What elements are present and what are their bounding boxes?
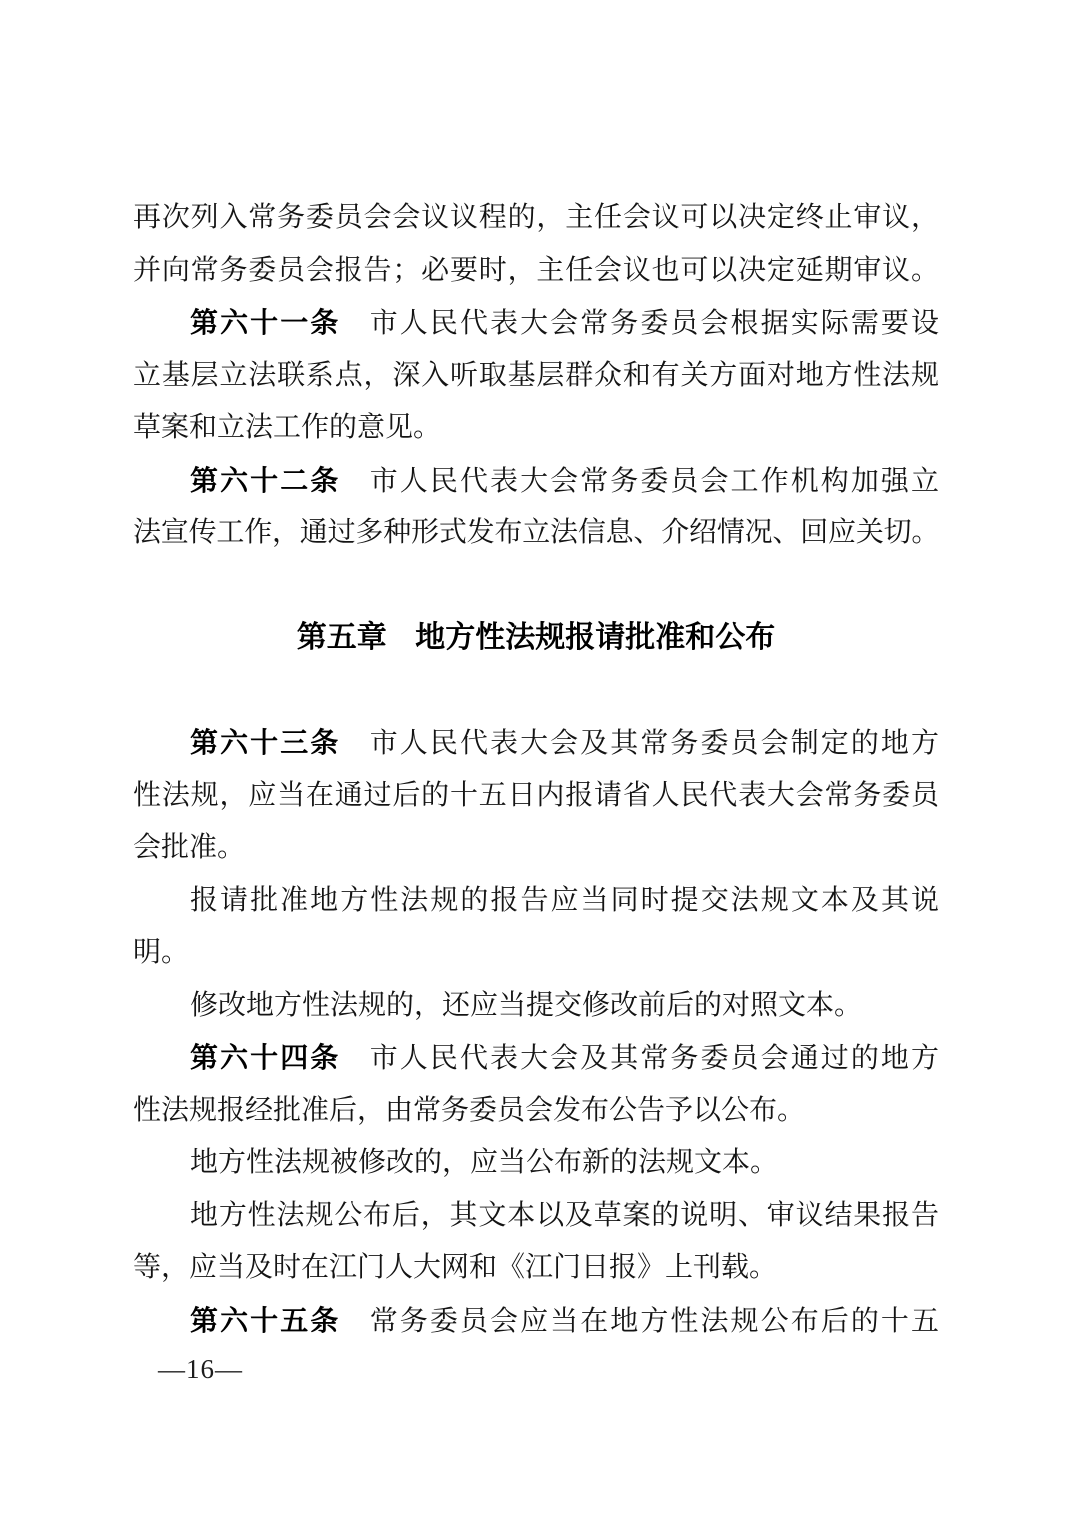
blank-line (133, 560, 939, 613)
text-line: 性法规，应当在通过后的十五日内报请省人民代表大会常务委员 (133, 770, 939, 823)
text-line: 立基层立法联系点，深入听取基层群众和有关方面对地方性法规 (133, 350, 939, 403)
text-line: 会批准。 (133, 822, 939, 875)
article-line: 第六十一条市人民代表大会常务委员会根据实际需要设 (133, 297, 939, 350)
text-line: 地方性法规公布后，其文本以及草案的说明、审议结果报告 (133, 1190, 939, 1243)
text-line: 地方性法规被修改的，应当公布新的法规文本。 (133, 1137, 939, 1190)
line-text: 市人民代表大会及其常务委员会通过的地方 (370, 1043, 939, 1074)
article-number: 第六十三条 (190, 727, 340, 758)
article-number: 第六十二条 (190, 465, 340, 496)
article-line: 第六十四条市人民代表大会及其常务委员会通过的地方 (133, 1032, 939, 1085)
text-line: 法宣传工作，通过多种形式发布立法信息、介绍情况、回应关切。 (133, 507, 939, 560)
text-line: 修改地方性法规的，还应当提交修改前后的对照文本。 (133, 980, 939, 1033)
line-text: 常务委员会应当在地方性法规公布后的十五 (370, 1306, 939, 1337)
article-number: 第六十一条 (190, 307, 340, 338)
chapter-heading: 第五章地方性法规报请批准和公布 (133, 612, 939, 665)
line-text: 市人民代表大会及其常务委员会制定的地方 (370, 728, 939, 759)
page-number: —16— (158, 1352, 243, 1386)
article-number: 第六十五条 (190, 1305, 340, 1336)
article-line: 第六十五条常务委员会应当在地方性法规公布后的十五 (133, 1295, 939, 1348)
article-line: 第六十三条市人民代表大会及其常务委员会制定的地方 (133, 717, 939, 770)
text-line: 报请批准地方性法规的报告应当同时提交法规文本及其说 (133, 875, 939, 928)
text-line: 再次列入常务委员会会议议程的，主任会议可以决定终止审议， (133, 192, 939, 245)
text-block: 再次列入常务委员会会议议程的，主任会议可以决定终止审议， 并向常务委员会报告；必… (133, 192, 939, 1347)
text-line: 明。 (133, 927, 939, 980)
line-text: 市人民代表大会常务委员会工作机构加强立 (370, 466, 939, 497)
blank-line (133, 665, 939, 718)
line-text: 市人民代表大会常务委员会根据实际需要设 (370, 308, 939, 339)
text-line: 性法规报经批准后，由常务委员会发布公告予以公布。 (133, 1085, 939, 1138)
text-line: 草案和立法工作的意见。 (133, 402, 939, 455)
article-line: 第六十二条市人民代表大会常务委员会工作机构加强立 (133, 455, 939, 508)
text-line: 并向常务委员会报告；必要时，主任会议也可以决定延期审议。 (133, 245, 939, 298)
chapter-title: 地方性法规报请批准和公布 (415, 621, 775, 654)
article-number: 第六十四条 (190, 1042, 340, 1073)
chapter-number: 第五章 (297, 621, 387, 654)
text-line: 等，应当及时在江门人大网和《江门日报》上刊载。 (133, 1242, 939, 1295)
document-page: 再次列入常务委员会会议议程的，主任会议可以决定终止审议， 并向常务委员会报告；必… (0, 0, 1074, 1520)
